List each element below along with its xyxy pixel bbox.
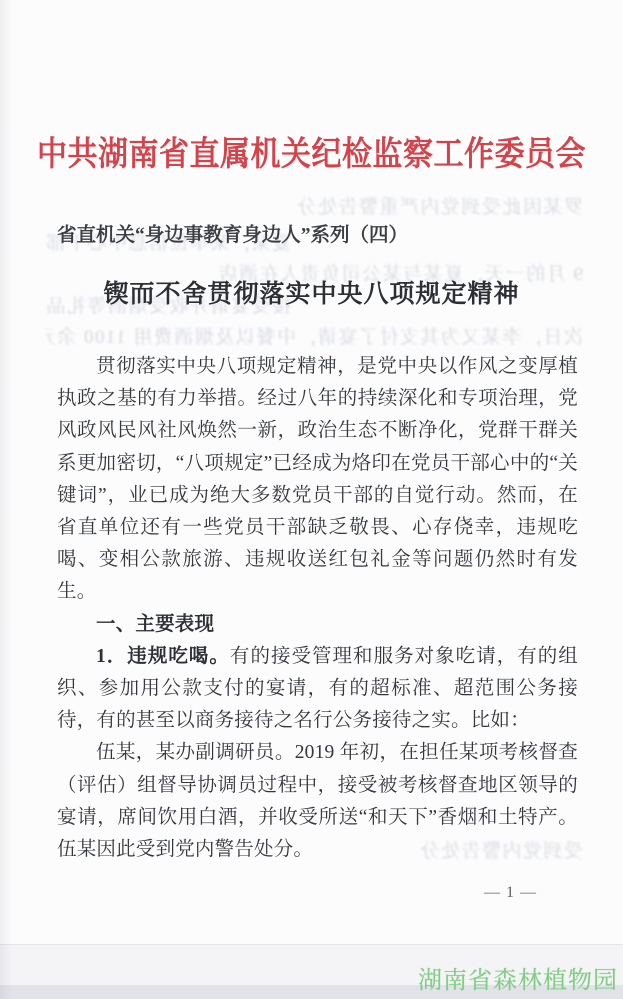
bleedthrough-line: 罗某因此受到党内严重警告处分: [45, 192, 583, 219]
document-body: 贯彻落实中央八项规定精神，是党中央以作风之变厚植执政之基的有力举措。经过八年的持…: [57, 351, 578, 866]
page-number: — 1 —: [0, 884, 537, 902]
item-1-lead: 1．违规吃喝。: [96, 646, 230, 667]
section-heading-main-manifestations: 一、主要表现: [57, 609, 578, 641]
item-1-paragraph: 1．违规吃喝。有的接受管理和服务对象吃请，有的组织、参加用公款支付的宴请，有的超…: [57, 641, 578, 738]
document-title: 锲而不舍贯彻落实中央八项规定精神: [0, 274, 623, 310]
bleedthrough-line: 次日，李某又为其支付了宴请，中餐以及烟酒费用 1100 余元: [45, 322, 583, 349]
watermark-text: 湖南省森林植物园: [418, 960, 618, 995]
document-page: 罗某因此受到党内严重警告处分 夏某，某单位信息中心干部 9 月的一天，夏某与某公…: [0, 0, 623, 945]
intro-paragraph: 贯彻落实中央八项规定精神，是党中央以作风之变厚植执政之基的有力举措。经过八年的持…: [57, 351, 578, 609]
series-line: 省直机关“身边事教育身边人”系列（四）: [57, 219, 408, 247]
issuing-organization-title: 中共湖南省直属机关纪检监察工作委员会: [0, 126, 623, 175]
case-1-paragraph: 伍某，某办副调研员。2019 年初，在担任某项考核督查（评估）组督导协调员过程中…: [57, 737, 578, 866]
scanned-document: 罗某因此受到党内严重警告处分 夏某，某单位信息中心干部 9 月的一天，夏某与某公…: [0, 0, 623, 999]
